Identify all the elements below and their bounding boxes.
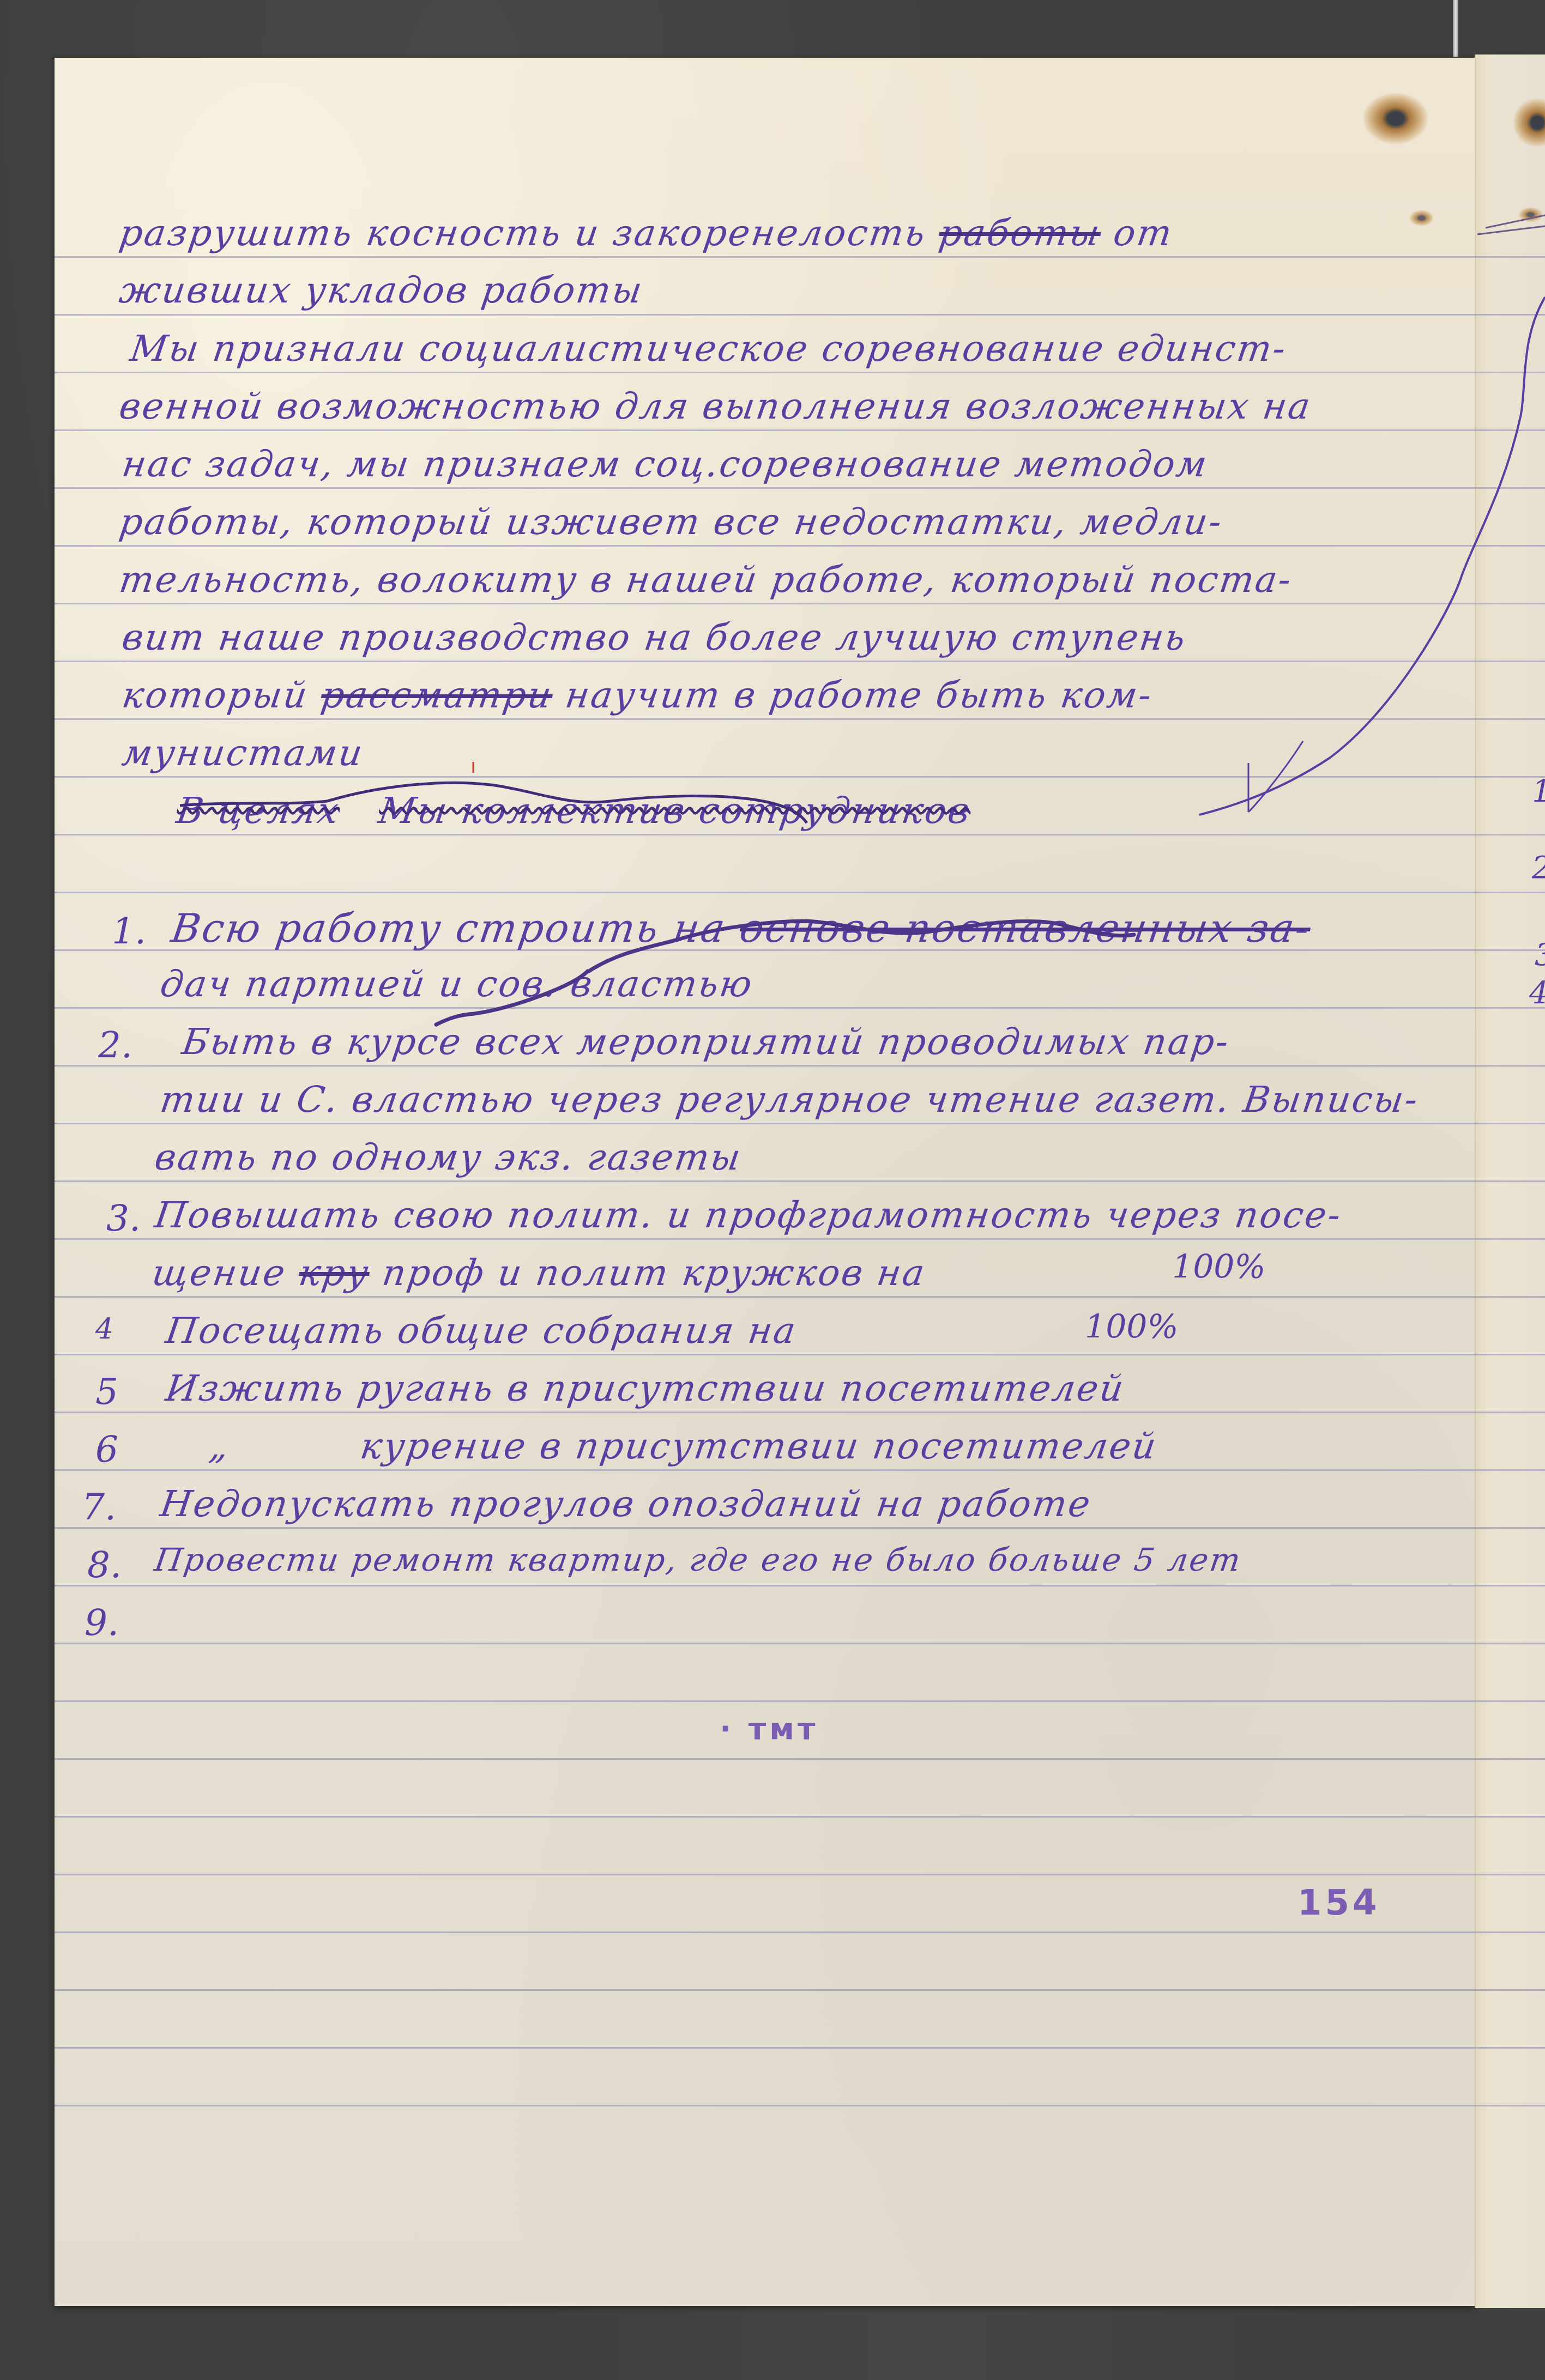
item-1-strike-stroke xyxy=(436,921,1134,1025)
heading-wavy-strike xyxy=(180,783,807,823)
marginal-bracket-tick xyxy=(1248,741,1303,812)
marginal-bracket-curve xyxy=(1199,297,1545,815)
adjacent-diagonal-marks xyxy=(1477,215,1545,234)
pen-strokes-overlay xyxy=(0,0,1545,2380)
